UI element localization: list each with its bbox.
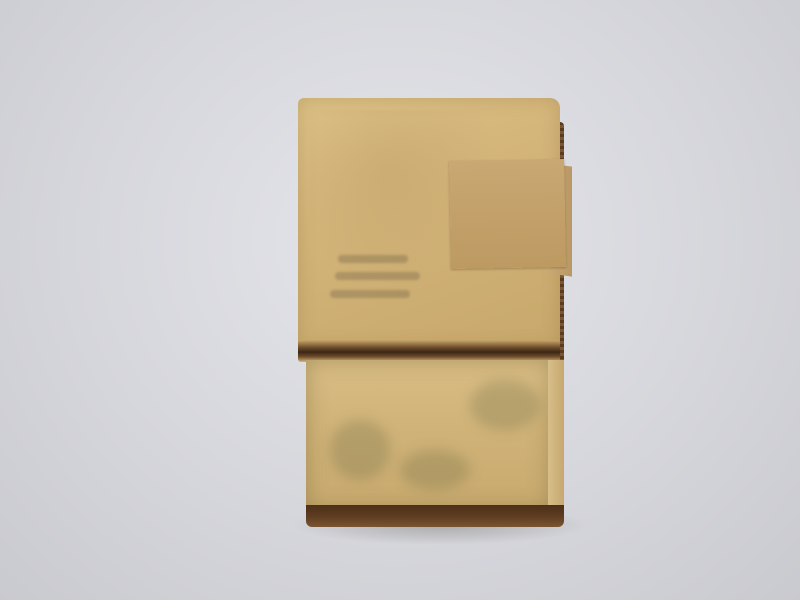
photo-scene	[0, 0, 800, 600]
lid-rim	[298, 340, 560, 362]
mold-stain	[470, 380, 540, 430]
mold-stain	[400, 450, 470, 490]
tape-patch	[449, 159, 566, 269]
handwriting-smudge	[330, 290, 410, 298]
handwriting-smudge	[335, 272, 420, 280]
mold-stain	[330, 420, 390, 480]
handwriting-smudge	[338, 255, 408, 263]
bottom-edge	[306, 505, 564, 527]
box-front-side	[548, 360, 564, 510]
